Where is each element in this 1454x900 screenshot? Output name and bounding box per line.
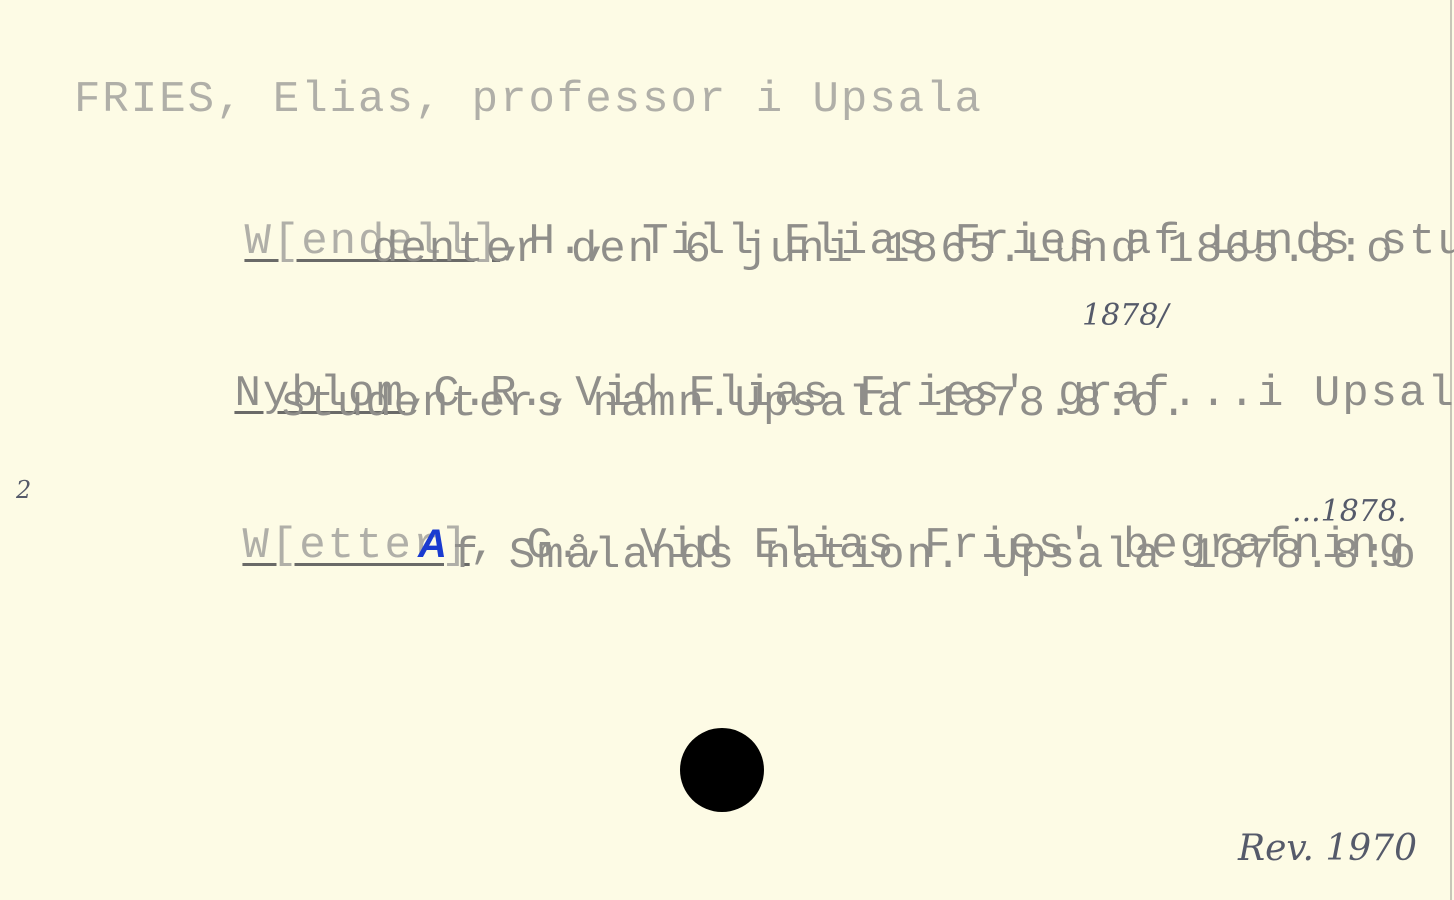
revision-note: Rev. 1970 bbox=[1238, 828, 1417, 869]
card-heading: FRIES, Elias, professor i Upsala bbox=[74, 78, 983, 122]
entry-number: 2 bbox=[16, 476, 31, 504]
entry-imprint: denter den 6 juni 1865.Lund 1865.8:o bbox=[372, 228, 1395, 272]
catalog-card: FRIES, Elias, professor i Upsala W[endel… bbox=[0, 0, 1454, 900]
entry-imprint: studenters namn.Upsala 1878.8:o. bbox=[280, 382, 1189, 426]
entry-imprint: f Smålands nation. Upsala 1878.8:o bbox=[452, 534, 1418, 578]
punch-hole bbox=[680, 728, 764, 812]
stamp-letter: A bbox=[418, 522, 447, 567]
handwritten-annotation: ...1878. bbox=[1292, 494, 1407, 529]
